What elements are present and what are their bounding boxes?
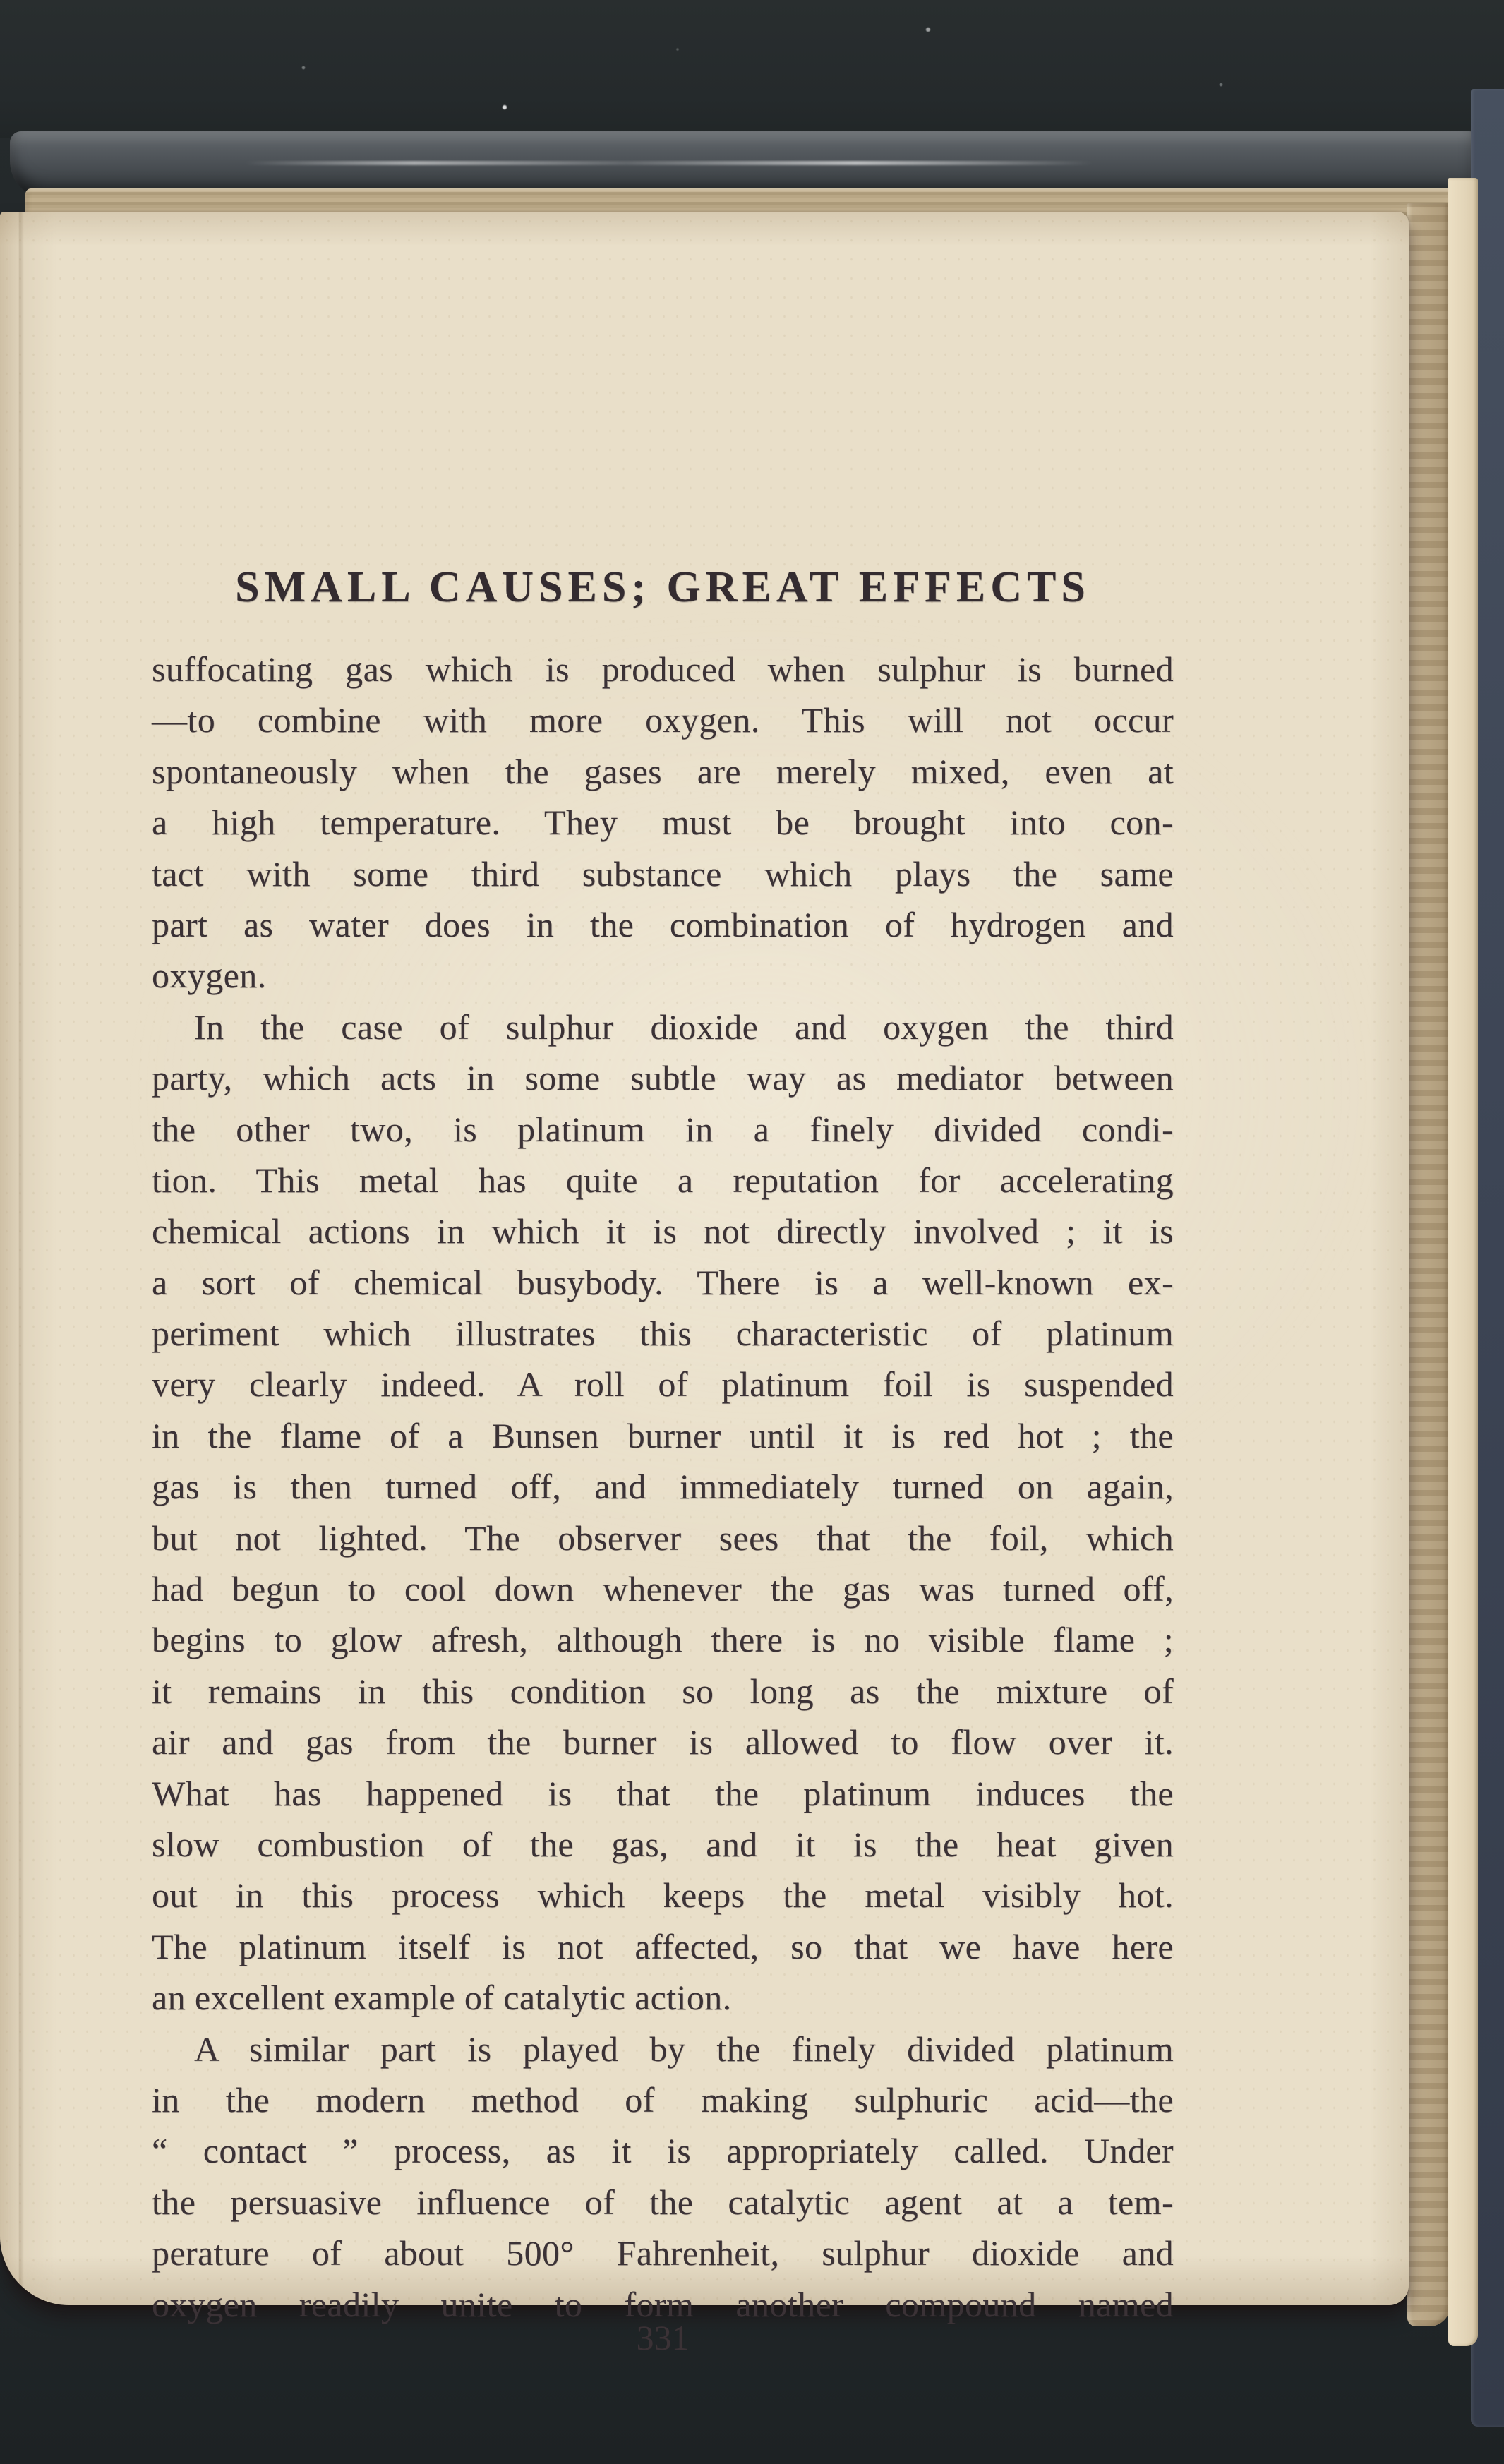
text-line: very clearly indeed. A roll of platinum …: [152, 1359, 1174, 1410]
text-line: suffocating gas which is produced when s…: [152, 644, 1174, 695]
page-title: SMALL CAUSES; GREAT EFFECTS: [152, 563, 1174, 613]
text-line: tion. This metal has quite a reputation …: [152, 1155, 1174, 1206]
text-line: perature of about 500° Fahrenheit, sulph…: [152, 2228, 1174, 2278]
page-stack-outer-leaf: [1448, 178, 1478, 2346]
text-line: “ contact ” process, as it is appropriat…: [152, 2125, 1174, 2176]
book-cover-top: [0, 0, 1504, 138]
text-line: a sort of chemical busybody. There is a …: [152, 1257, 1174, 1308]
text-line: chemical actions in which it is not dire…: [152, 1206, 1174, 1256]
page-stack-fore-edge: [1407, 203, 1450, 2326]
text-line: an excellent example of catalytic action…: [152, 1972, 1174, 2023]
text-line: had begun to cool down whenever the gas …: [152, 1563, 1174, 1614]
book-page-photo: SMALL CAUSES; GREAT EFFECTS suffocating …: [0, 0, 1504, 2464]
text-line: spontaneously when the gases are merely …: [152, 746, 1174, 797]
text-line: but not lighted. The observer sees that …: [152, 1513, 1174, 1563]
text-line: in the modern method of making sulphuric…: [152, 2074, 1174, 2125]
text-line: it remains in this condition so long as …: [152, 1666, 1174, 1717]
book-page: SMALL CAUSES; GREAT EFFECTS suffocating …: [0, 212, 1409, 2305]
text-line: oxygen.: [152, 950, 1174, 1001]
text-line: slow combustion of the gas, and it is th…: [152, 1819, 1174, 1870]
text-line: What has happened is that the platinum i…: [152, 1768, 1174, 1819]
text-line: —to combine with more oxygen. This will …: [152, 695, 1174, 745]
text-line: A similar part is played by the finely d…: [152, 2024, 1174, 2074]
page-body-text: suffocating gas which is produced when s…: [152, 644, 1174, 2330]
text-line: party, which acts in some subtle way as …: [152, 1052, 1174, 1103]
text-line: begins to glow afresh, although there is…: [152, 1614, 1174, 1665]
text-line: the other two, is platinum in a finely d…: [152, 1104, 1174, 1155]
text-line: tact with some third substance which pla…: [152, 848, 1174, 899]
text-line: part as water does in the combination of…: [152, 899, 1174, 950]
text-line: out in this process which keeps the meta…: [152, 1870, 1174, 1921]
text-line: In the case of sulphur dioxide and oxyge…: [152, 1002, 1174, 1052]
text-line: The platinum itself is not affected, so …: [152, 1921, 1174, 1972]
page-number: 331: [152, 2312, 1174, 2363]
text-line: the persuasive influence of the catalyti…: [152, 2177, 1174, 2228]
text-line: in the flame of a Bunsen burner until it…: [152, 1410, 1174, 1461]
text-line: gas is then turned off, and immediately …: [152, 1461, 1174, 1512]
text-line: a high temperature. They must be brought…: [152, 797, 1174, 848]
text-line: periment which illustrates this characte…: [152, 1308, 1174, 1359]
text-line: air and gas from the burner is allowed t…: [152, 1717, 1174, 1767]
